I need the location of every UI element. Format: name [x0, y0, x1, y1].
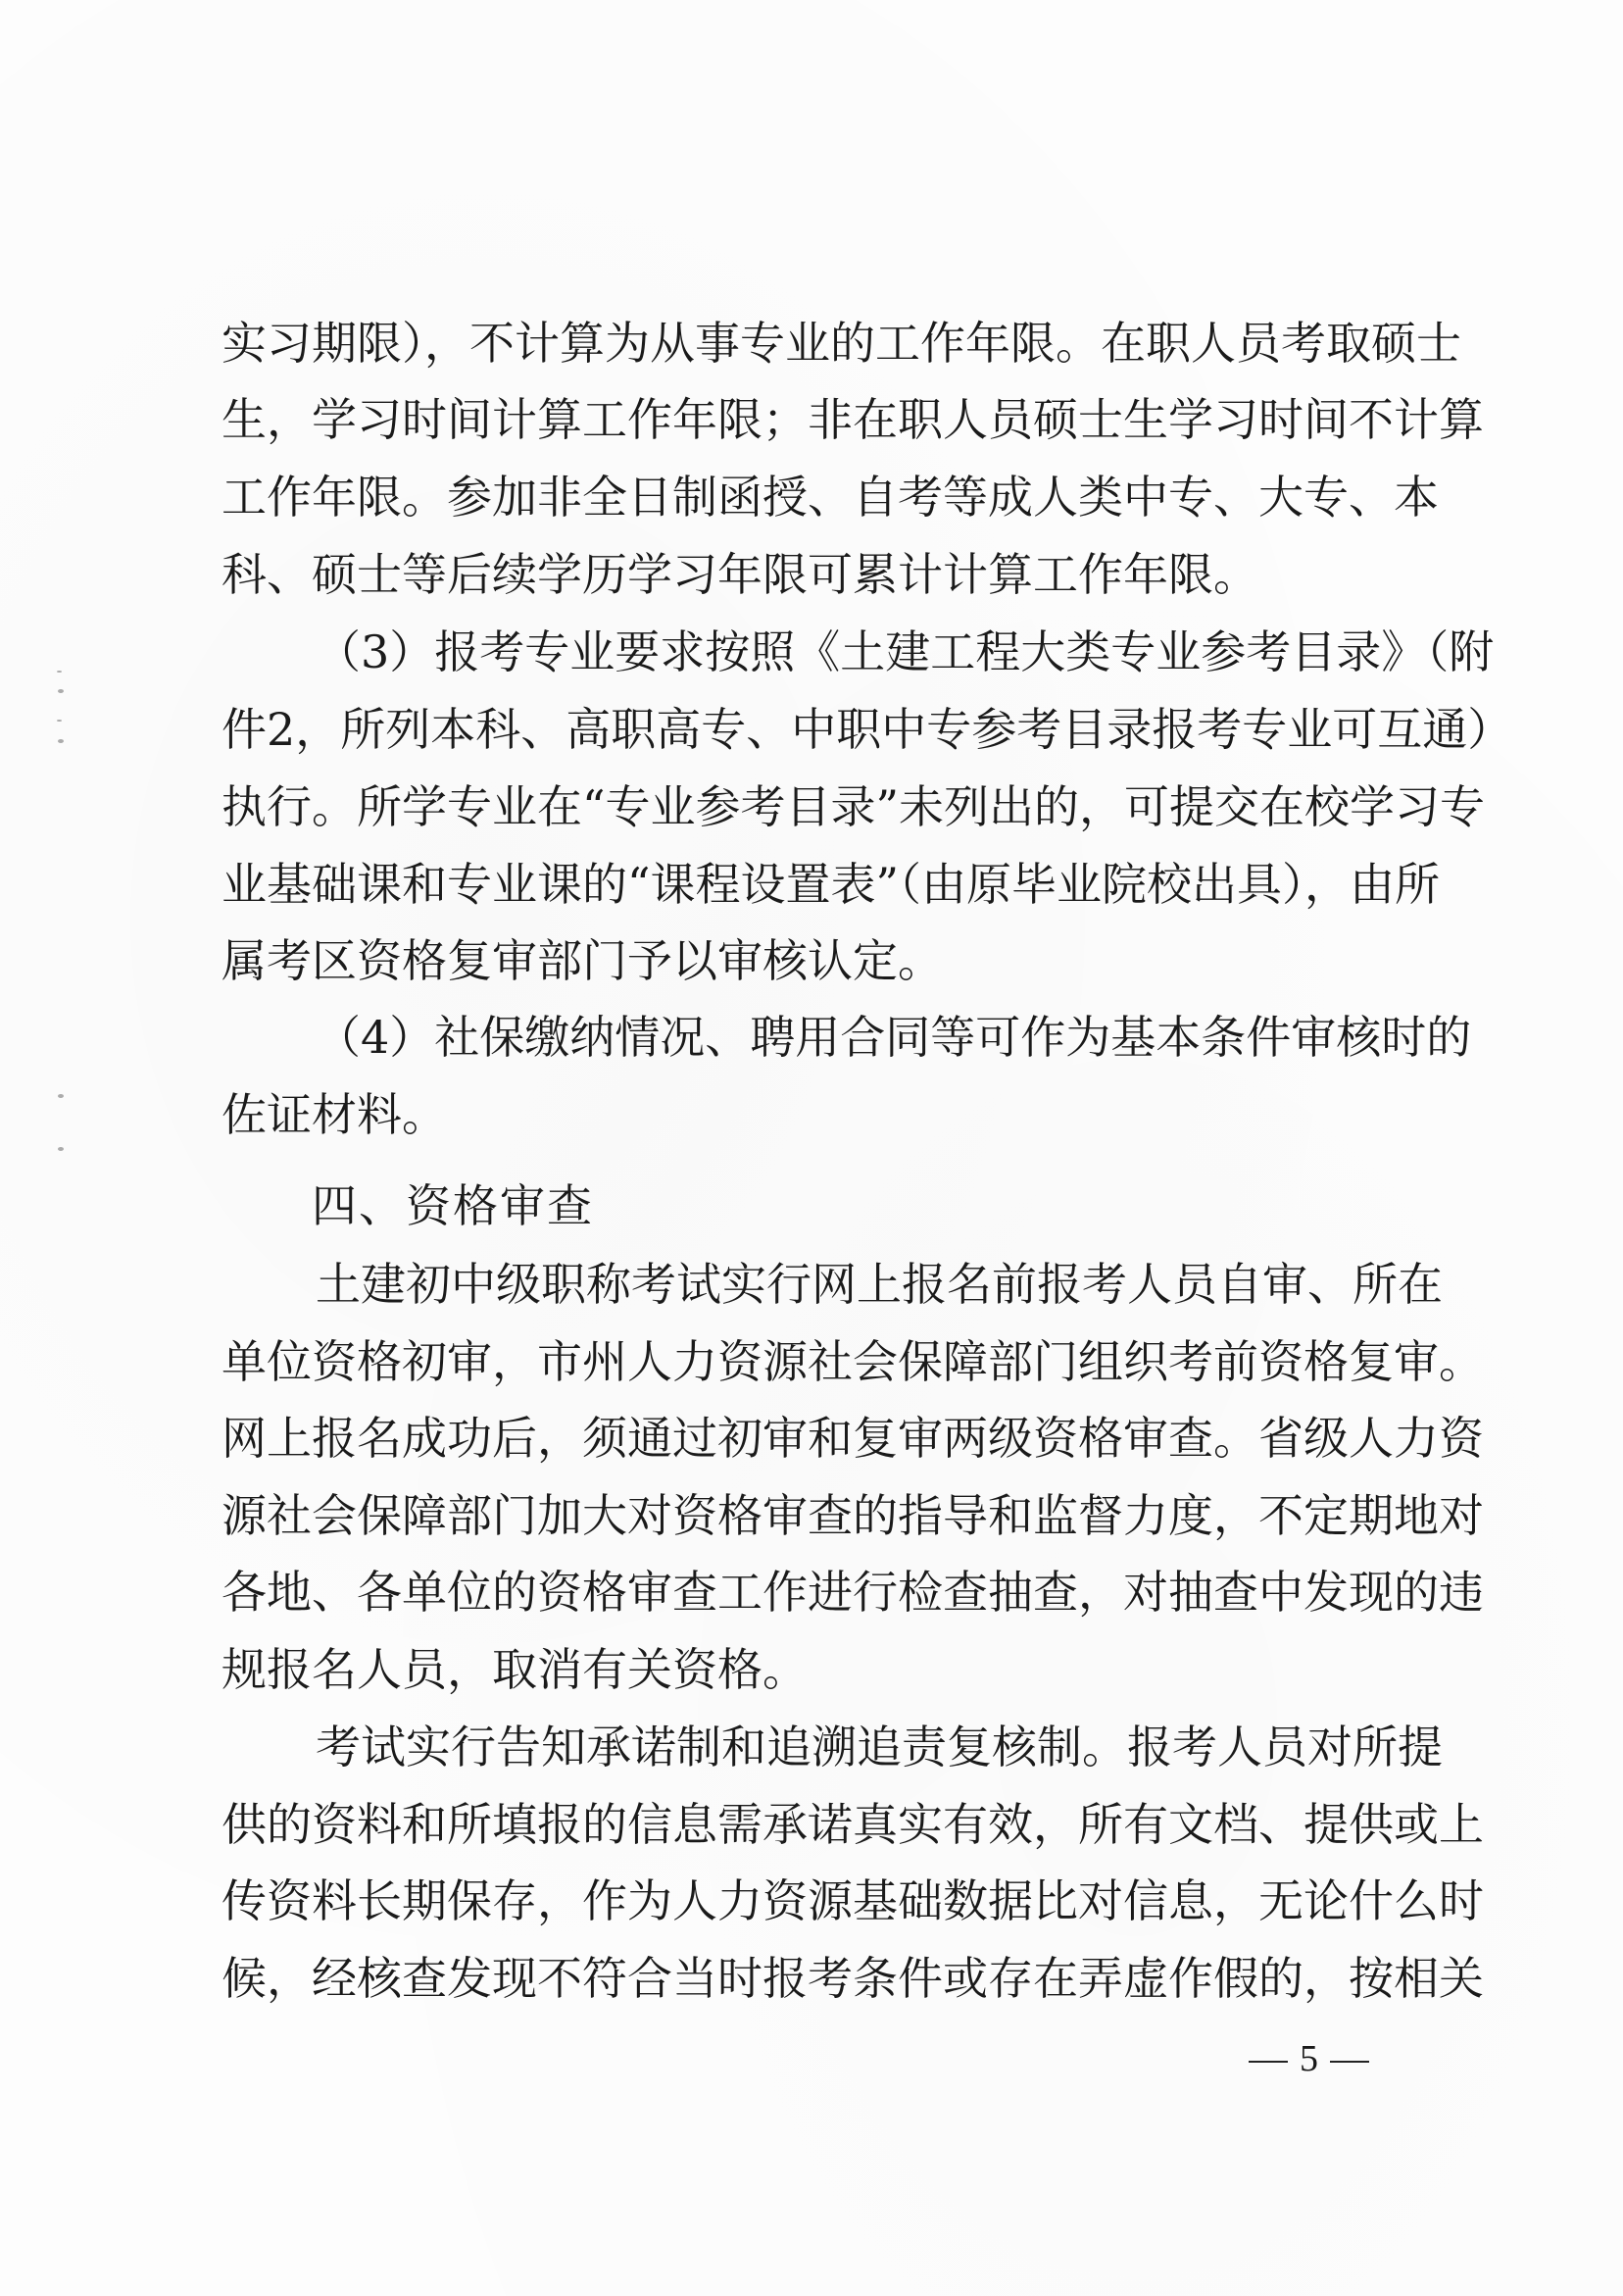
text-line: （3）报考专业要求按照《土建工程大类专业参考目录》（附	[316, 623, 1409, 681]
text-line: 科、硕士等后续学历学习年限可累计计算工作年限。	[221, 545, 1409, 604]
text-line: 工作年限。参加非全日制函授、自考等成人类中专、大专、本	[221, 468, 1409, 526]
text-line: 实习期限），不计算为从事专业的工作年限。在职人员考取硕士	[221, 314, 1409, 373]
text-line: 佐证材料。	[221, 1085, 1409, 1144]
text-line: 源社会保障部门加大对资格审查的指导和监督力度，不定期地对	[221, 1486, 1409, 1545]
text-line: （4）社保缴纳情况、聘用合同等可作为基本条件审核时的	[316, 1008, 1409, 1067]
scan-speck	[57, 720, 62, 722]
scan-speck	[58, 1094, 64, 1098]
text-line: 业基础课和专业课的“课程设置表”（由原毕业院校出具），由所	[221, 855, 1409, 914]
text-line: 传资料长期保存，作为人力资源基础数据比对信息，无论什么时	[221, 1872, 1409, 1930]
document-page: 实习期限），不计算为从事专业的工作年限。在职人员考取硕士 生，学习时间计算工作年…	[0, 0, 1623, 2296]
page-number-value: 5	[1300, 2038, 1318, 2079]
text-line: 件2，所列本科、高职高专、中职中专参考目录报考专业可互通）	[221, 700, 1409, 759]
text-line: 单位资格初审，市州人力资源社会保障部门组织考前资格复审。	[221, 1332, 1409, 1391]
text-line: 规报名人员，取消有关资格。	[221, 1640, 1409, 1699]
text-line: 执行。所学专业在“专业参考目录”未列出的，可提交在校学习专	[221, 777, 1409, 836]
dash-right	[1330, 2061, 1369, 2063]
text-line: 生，学习时间计算工作年限；非在职人员硕士生学习时间不计算	[221, 390, 1409, 449]
dash-left	[1249, 2061, 1288, 2063]
text-line: 供的资料和所填报的信息需承诺真实有效，所有文档、提供或上	[221, 1795, 1409, 1854]
scan-speck	[58, 739, 64, 743]
text-line: 网上报名成功后，须通过初审和复审两级资格审查。省级人力资	[221, 1409, 1409, 1468]
text-line: 各地、各单位的资格审查工作进行检查抽查，对抽查中发现的违	[221, 1563, 1409, 1622]
text-line: 考试实行告知承诺制和追溯追责复核制。报考人员对所提	[316, 1718, 1409, 1776]
text-line: 属考区资格复审部门予以审核认定。	[221, 931, 1409, 990]
scan-speck	[58, 1147, 64, 1151]
scan-speck	[58, 689, 64, 693]
text-line: 土建初中级职称考试实行网上报名前报考人员自审、所在	[316, 1255, 1409, 1314]
page-number: 5	[1237, 2035, 1381, 2082]
scan-speck	[57, 671, 62, 673]
text-line: 候，经核查发现不符合当时报考条件或存在弄虚作假的，按相关	[221, 1949, 1409, 2008]
section-heading: 四、资格审查	[312, 1176, 594, 1235]
